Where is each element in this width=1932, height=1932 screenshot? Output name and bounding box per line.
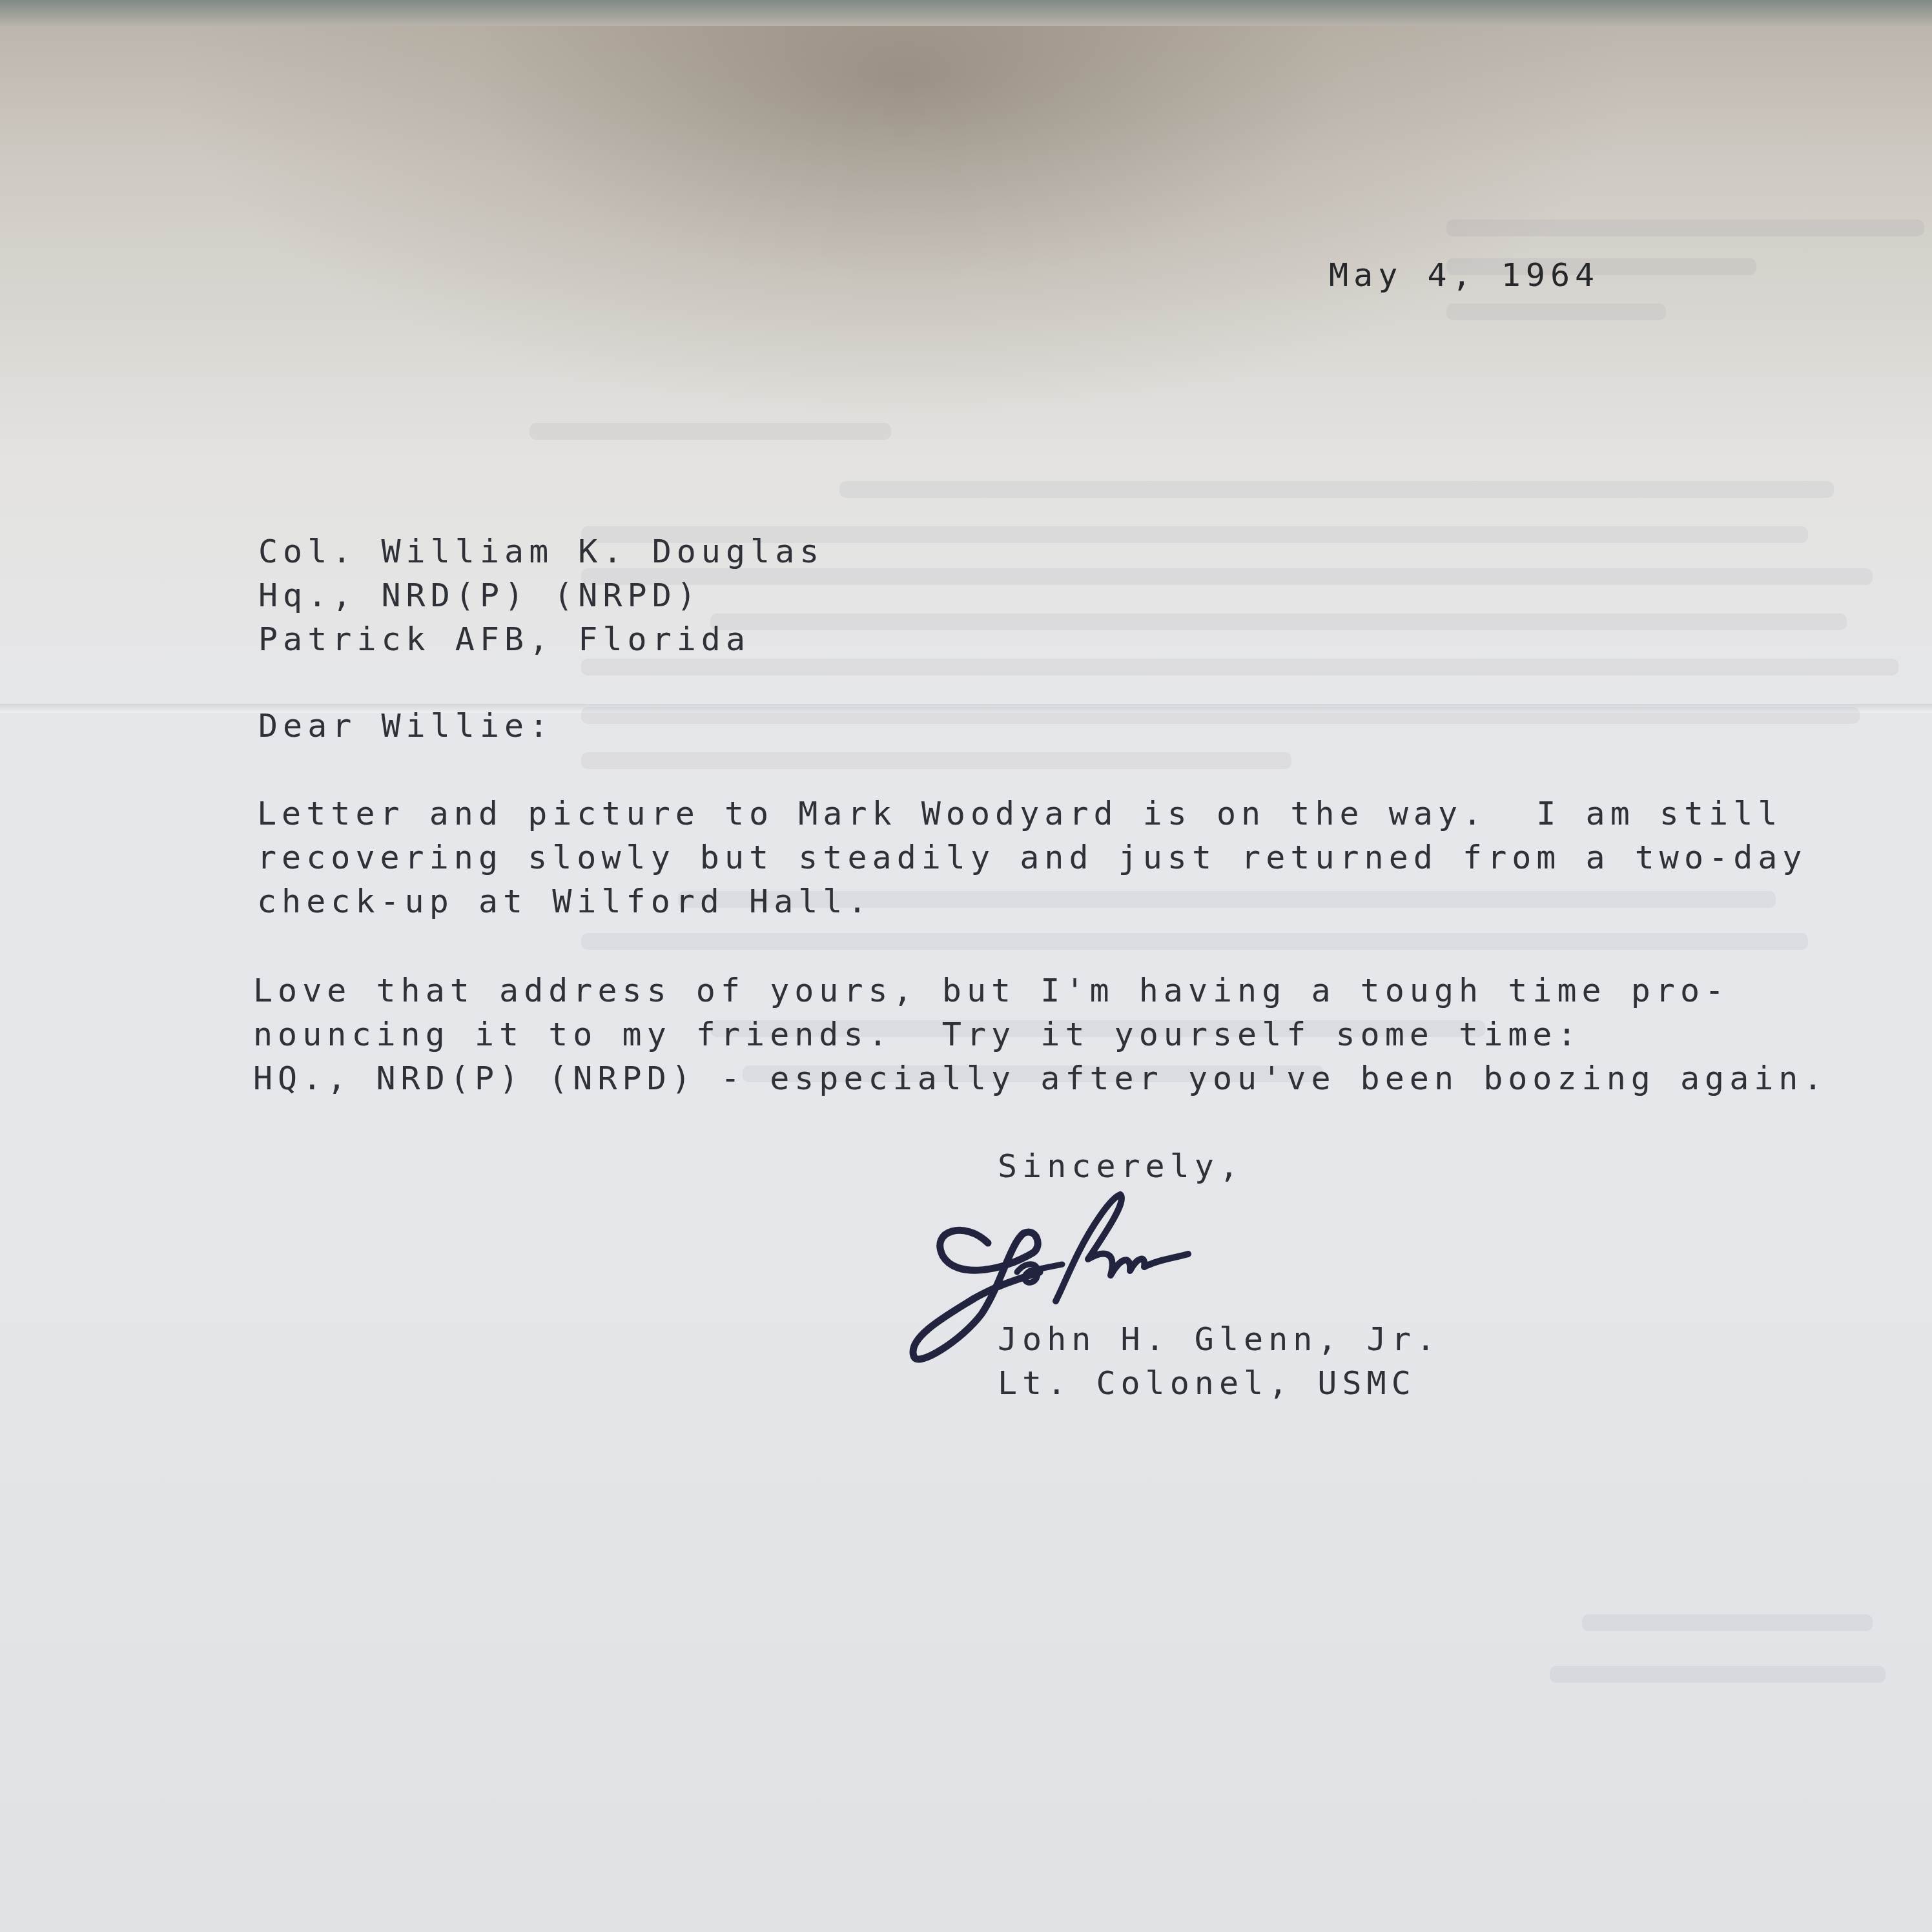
signer-title: Lt. Colonel, USMC — [998, 1361, 1441, 1405]
body-line: recovering slowly but steadily and just … — [257, 836, 1807, 879]
bleed-through-line — [581, 707, 1860, 724]
letter-date: May 4, 1964 — [1329, 253, 1599, 297]
recipient-unit: Hq., NRD(P) (NRPD) — [258, 573, 824, 617]
letter-page: May 4, 1964 Col. William K. DouglasHq., … — [0, 0, 1932, 1932]
signer-name: John H. Glenn, Jr. — [998, 1317, 1441, 1361]
bleed-through-line — [1446, 303, 1666, 320]
bleed-through-line — [1550, 1666, 1886, 1683]
bleed-through-line — [1582, 1614, 1873, 1631]
bleed-through-line — [581, 752, 1291, 769]
bleed-through-line — [839, 481, 1834, 498]
body-paragraph-2: Love that address of yours, but I'm havi… — [253, 969, 1828, 1100]
body-line: Letter and picture to Mark Woodyard is o… — [257, 792, 1807, 836]
recipient-address: Col. William K. DouglasHq., NRD(P) (NRPD… — [258, 529, 824, 661]
signature-block: John H. Glenn, Jr.Lt. Colonel, USMC — [998, 1317, 1441, 1405]
page-top-shadow — [0, 0, 1932, 26]
body-paragraph-1: Letter and picture to Mark Woodyard is o… — [257, 792, 1807, 923]
recipient-name: Col. William K. Douglas — [258, 529, 824, 573]
bleed-through-line — [581, 933, 1808, 950]
recipient-location: Patrick AFB, Florida — [258, 617, 824, 661]
bleed-through-line — [1446, 220, 1924, 236]
body-line: HQ., NRD(P) (NRPD) - especially after yo… — [253, 1056, 1828, 1100]
salutation: Dear Willie: — [258, 704, 553, 748]
bleed-through-line — [710, 613, 1847, 630]
body-line: check-up at Wilford Hall. — [257, 879, 1807, 923]
bleed-through-line — [529, 423, 891, 440]
body-line: nouncing it to my friends. Try it yourse… — [253, 1012, 1828, 1056]
body-line: Love that address of yours, but I'm havi… — [253, 969, 1828, 1012]
